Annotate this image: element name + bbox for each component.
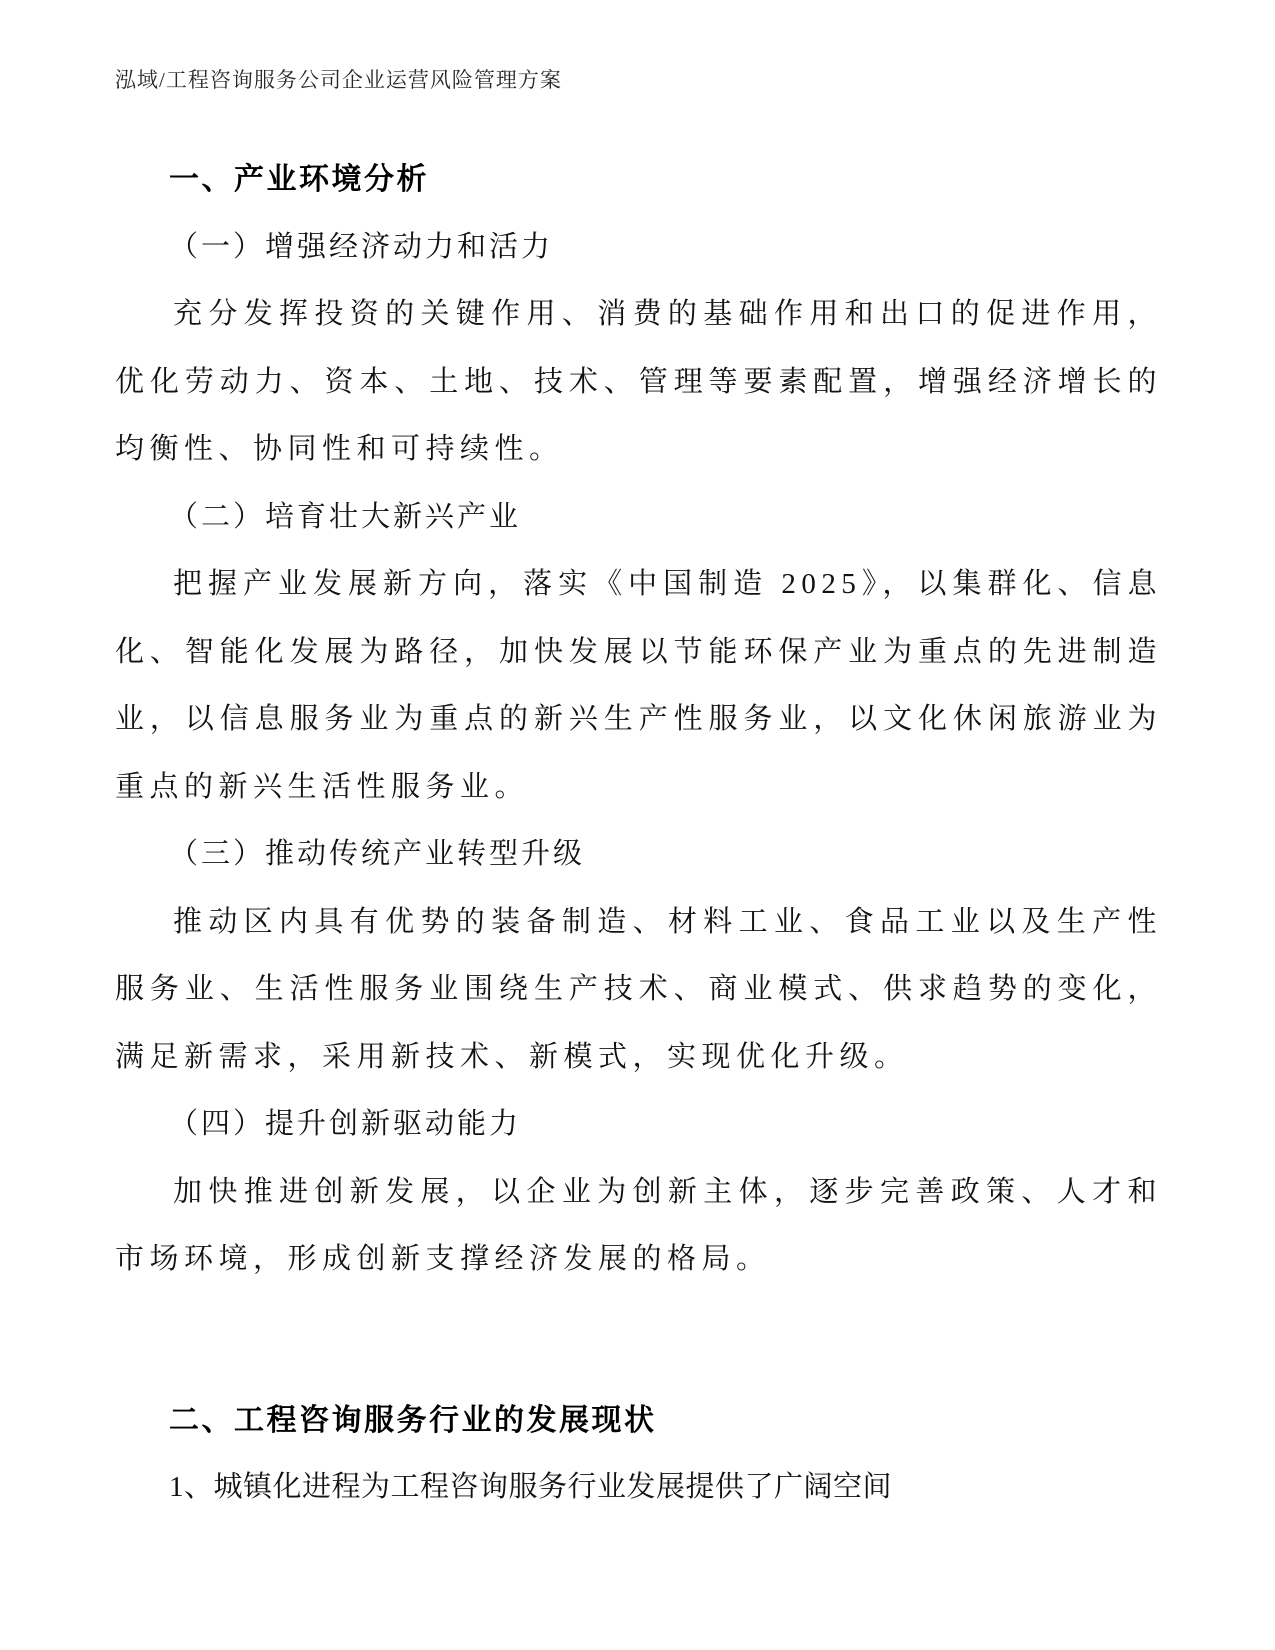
subheading-innovation-driven-capability: （四）提升创新驱动能力 [115,1091,1162,1159]
subheading-enhance-economic-vitality: （一）增强经济动力和活力 [115,214,1162,282]
subheading-traditional-industry-upgrade: （三）推动传统产业转型升级 [115,821,1162,889]
paragraph-economic-vitality: 充分发挥投资的关键作用、消费的基础作用和出口的促进作用，优化劳动力、资本、土地、… [115,281,1162,484]
paragraph-innovation-driven-capability: 加快推进创新发展，以企业为创新主体，逐步完善政策、人才和市场环境，形成创新支撑经… [115,1159,1162,1294]
subheading-cultivate-emerging-industries: （二）培育壮大新兴产业 [115,484,1162,552]
heading-industry-environment-analysis: 一、产业环境分析 [115,146,1162,214]
subheading-urbanization-broad-space: 1、城镇化进程为工程咨询服务行业发展提供了广阔空间 [115,1454,1162,1522]
paragraph-emerging-industries: 把握产业发展新方向，落实《中国制造 2025》，以集群化、信息化、智能化发展为路… [115,551,1162,821]
document-body: 一、产业环境分析 （一）增强经济动力和活力 充分发挥投资的关键作用、消费的基础作… [115,146,1162,1522]
heading-engineering-consulting-development-status: 二、工程咨询服务行业的发展现状 [115,1387,1162,1455]
document-header-text: 泓域/工程咨询服务公司企业运营风险管理方案 [115,64,562,94]
document-page: 泓域/工程咨询服务公司企业运营风险管理方案 一、产业环境分析 （一）增强经济动力… [0,0,1275,1650]
paragraph-traditional-industry-upgrade: 推动区内具有优势的装备制造、材料工业、食品工业以及生产性服务业、生活性服务业围绕… [115,889,1162,1092]
